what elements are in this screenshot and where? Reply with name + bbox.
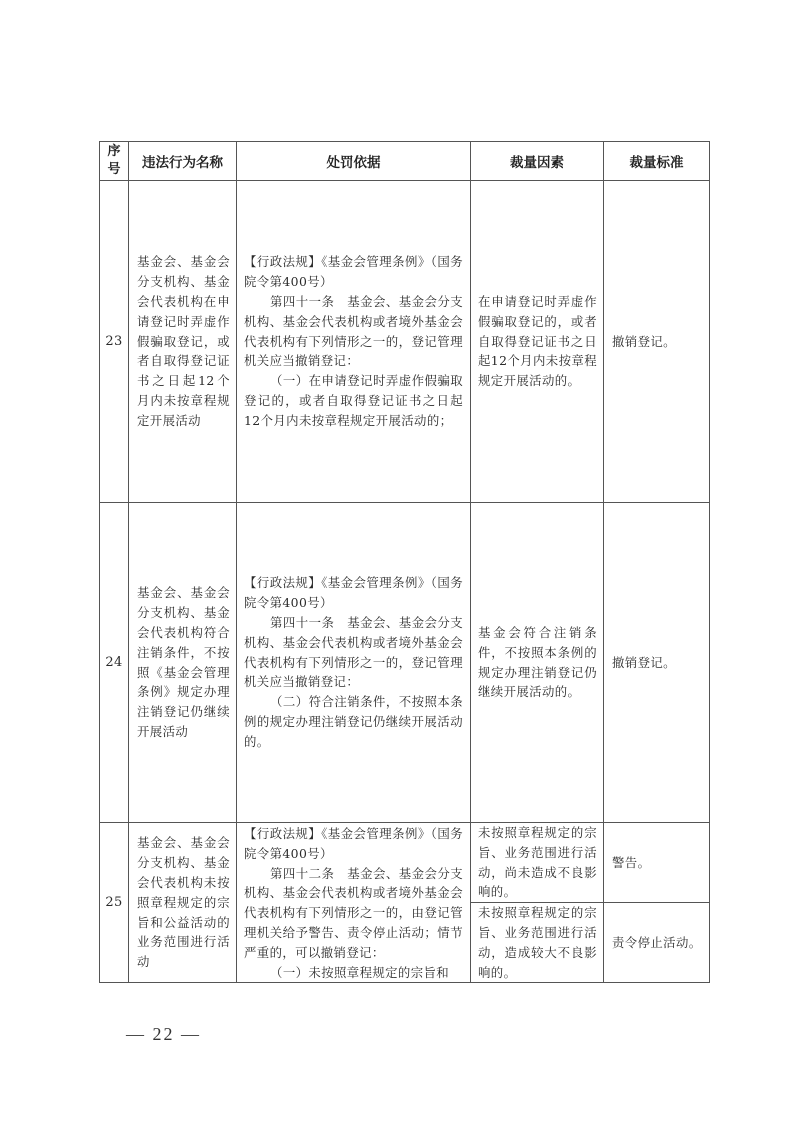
header-penalty-basis: 处罚依据	[237, 142, 471, 181]
penalty-basis: 【行政法规】《基金会管理条例》（国务院令第400号） 第四十一条 基金会、基金会…	[237, 181, 471, 503]
basis-source: 【行政法规】《基金会管理条例》（国务院令第400号）	[244, 824, 463, 864]
discretion-factor: 基金会符合注销条件，不按照本条例的规定办理注销登记仍继续开展活动的。	[471, 503, 604, 823]
basis-article: 第四十二条 基金会、基金会分支机构、基金会代表机构或者境外基金会代表机构有下列情…	[244, 864, 463, 963]
discretion-standard: 责令停止活动。	[604, 903, 710, 983]
header-discretion-standard: 裁量标准	[604, 142, 710, 181]
penalty-basis: 【行政法规】《基金会管理条例》（国务院令第400号） 第四十一条 基金会、基金会…	[237, 503, 471, 823]
basis-item: （一）未按照章程规定的宗旨和	[244, 963, 463, 983]
violation-name: 基金会、基金会分支机构、基金会代表机构在申请登记时弄虚作假骗取登记，或者自取得登…	[129, 181, 237, 503]
penalty-basis: 【行政法规】《基金会管理条例》（国务院令第400号） 第四十二条 基金会、基金会…	[237, 823, 471, 983]
discretion-standard: 撤销登记。	[604, 503, 710, 823]
basis-article: 第四十一条 基金会、基金会分支机构、基金会代表机构或者境外基金会代表机构有下列情…	[244, 613, 463, 692]
discretion-factor: 未按照章程规定的宗旨、业务范围进行活动，尚未造成不良影响的。	[471, 823, 604, 903]
basis-item: （二）符合注销条件，不按照本条例的规定办理注销登记仍继续开展活动的。	[244, 692, 463, 751]
row-seq: 23	[100, 181, 129, 503]
header-violation-name: 违法行为名称	[129, 142, 237, 181]
row-seq: 24	[100, 503, 129, 823]
table-row: 23 基金会、基金会分支机构、基金会代表机构在申请登记时弄虚作假骗取登记，或者自…	[100, 181, 710, 503]
page-number: — 22 —	[126, 1024, 201, 1045]
row-seq: 25	[100, 823, 129, 983]
discretion-factor: 未按照章程规定的宗旨、业务范围进行活动，造成较大不良影响的。	[471, 903, 604, 983]
violation-name: 基金会、基金会分支机构、基金会代表机构符合注销条件，不按照《基金会管理条例》规定…	[129, 503, 237, 823]
header-seq: 序号	[100, 142, 129, 181]
table-row: 25 基金会、基金会分支机构、基金会代表机构未按照章程规定的宗旨和公益活动的业务…	[100, 823, 710, 903]
basis-item: （一）在申请登记时弄虚作假骗取登记的，或者自取得登记证书之日起12个月内未按章程…	[244, 371, 463, 430]
basis-source: 【行政法规】《基金会管理条例》（国务院令第400号）	[244, 252, 463, 292]
discretion-standard: 撤销登记。	[604, 181, 710, 503]
table-header-row: 序号 违法行为名称 处罚依据 裁量因素 裁量标准	[100, 142, 710, 181]
violation-name: 基金会、基金会分支机构、基金会代表机构未按照章程规定的宗旨和公益活动的业务范围进…	[129, 823, 237, 983]
penalty-discretion-table: 序号 违法行为名称 处罚依据 裁量因素 裁量标准 23 基金会、基金会分支机构、…	[99, 141, 710, 983]
table-row: 24 基金会、基金会分支机构、基金会代表机构符合注销条件，不按照《基金会管理条例…	[100, 503, 710, 823]
discretion-standard: 警告。	[604, 823, 710, 903]
basis-source: 【行政法规】《基金会管理条例》（国务院令第400号）	[244, 573, 463, 613]
discretion-factor: 在申请登记时弄虚作假骗取登记的，或者自取得登记证书之日起12个月内未按章程规定开…	[471, 181, 604, 503]
basis-article: 第四十一条 基金会、基金会分支机构、基金会代表机构或者境外基金会代表机构有下列情…	[244, 292, 463, 371]
header-discretion-factor: 裁量因素	[471, 142, 604, 181]
